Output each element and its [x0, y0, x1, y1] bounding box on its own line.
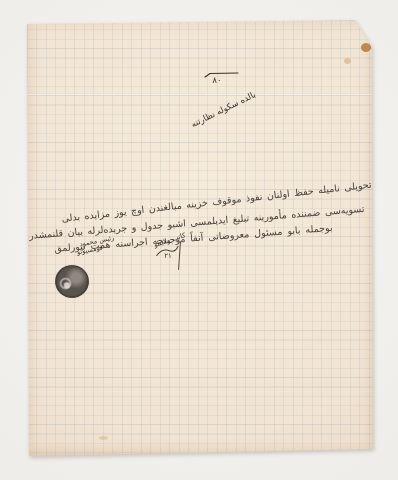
foxing-stain-1 [361, 23, 368, 29]
ink-seal [55, 265, 89, 298]
fold-crease-middle [27, 300, 373, 302]
reference-number: ٨٠ [204, 77, 230, 87]
day-numeral: ٢١ [159, 252, 177, 260]
photo-backdrop: ٨٠ بالده سكوله نظارتنه عجله تحويلى ناميل… [0, 0, 398, 480]
foxing-stain-4 [99, 436, 108, 440]
foxing-stain-2 [361, 43, 371, 52]
foxing-stain-3 [344, 58, 351, 64]
fold-crease-vertical [199, 20, 201, 94]
paper-shadow-wrap: ٨٠ بالده سكوله نظارتنه عجله تحويلى ناميل… [0, 0, 398, 480]
fold-crease-bottom [27, 390, 373, 392]
letter-paper: ٨٠ بالده سكوله نظارتنه عجله تحويلى ناميل… [27, 20, 373, 456]
